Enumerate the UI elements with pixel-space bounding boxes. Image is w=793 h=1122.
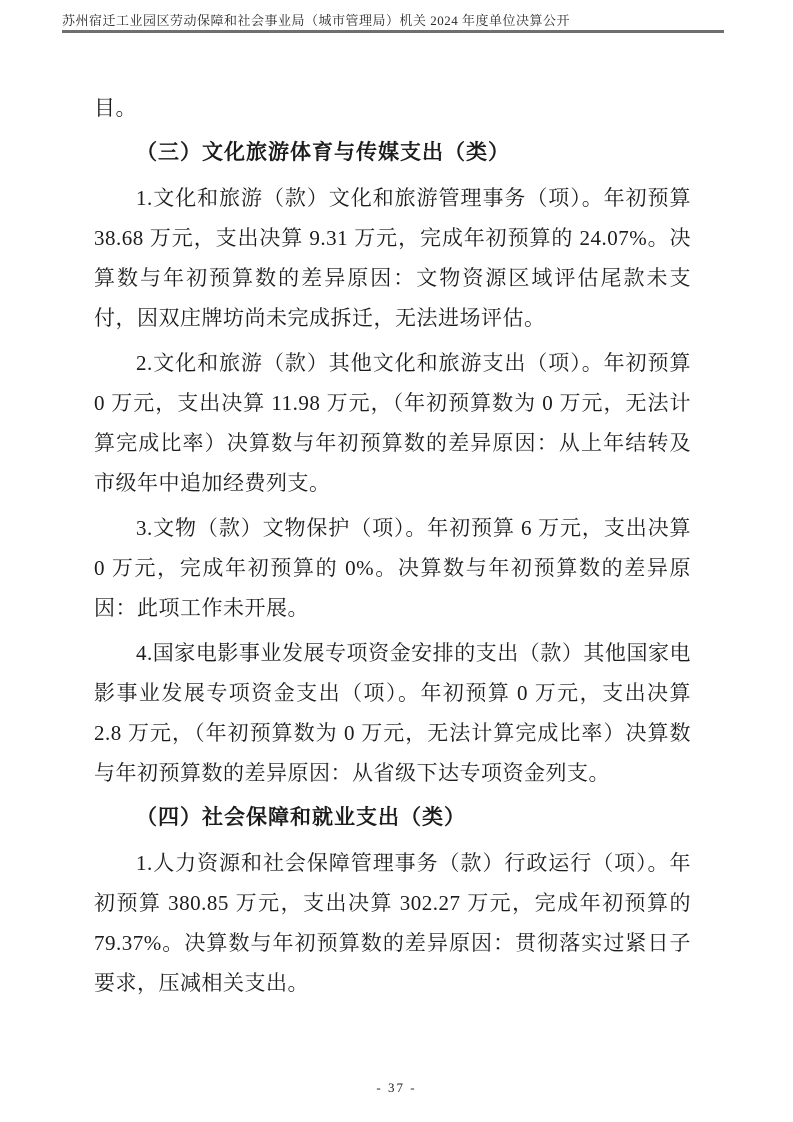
paragraph-item-1-hr-social-security-admin: 1.人力资源和社会保障管理事务（款）行政运行（项）。年初预算 380.85 万元… xyxy=(94,843,691,1003)
paragraph-item-4-film-fund: 4.国家电影事业发展专项资金安排的支出（款）其他国家电影事业发展专项资金支出（项… xyxy=(94,633,691,793)
paragraph-item-3-heritage-protection: 3.文物（款）文物保护（项）。年初预算 6 万元，支出决算 0 万元，完成年初预… xyxy=(94,508,691,628)
paragraph-continuation: 目。 xyxy=(94,88,691,128)
document-page: 苏州宿迁工业园区劳动保障和社会事业局（城市管理局）机关 2024 年度单位决算公… xyxy=(0,0,793,1122)
page-footer: - 37 - xyxy=(0,1080,793,1096)
paragraph-item-2-other-culture-tourism: 2.文化和旅游（款）其他文化和旅游支出（项）。年初预算 0 万元，支出决算 11… xyxy=(94,343,691,503)
page-header: 苏州宿迁工业园区劳动保障和社会事业局（城市管理局）机关 2024 年度单位决算公… xyxy=(62,12,724,29)
document-body: 目。 （三）文化旅游体育与传媒支出（类） 1.文化和旅游（款）文化和旅游管理事务… xyxy=(94,88,691,1008)
section-heading-culture-tourism-media: （三）文化旅游体育与传媒支出（类） xyxy=(94,133,691,173)
header-divider xyxy=(62,30,724,33)
page-number: - 37 - xyxy=(376,1080,416,1095)
section-heading-social-security-employment: （四）社会保障和就业支出（类） xyxy=(94,798,691,838)
paragraph-item-1-culture-tourism-management: 1.文化和旅游（款）文化和旅游管理事务（项）。年初预算 38.68 万元，支出决… xyxy=(94,178,691,338)
header-title: 苏州宿迁工业园区劳动保障和社会事业局（城市管理局）机关 2024 年度单位决算公… xyxy=(62,13,570,28)
